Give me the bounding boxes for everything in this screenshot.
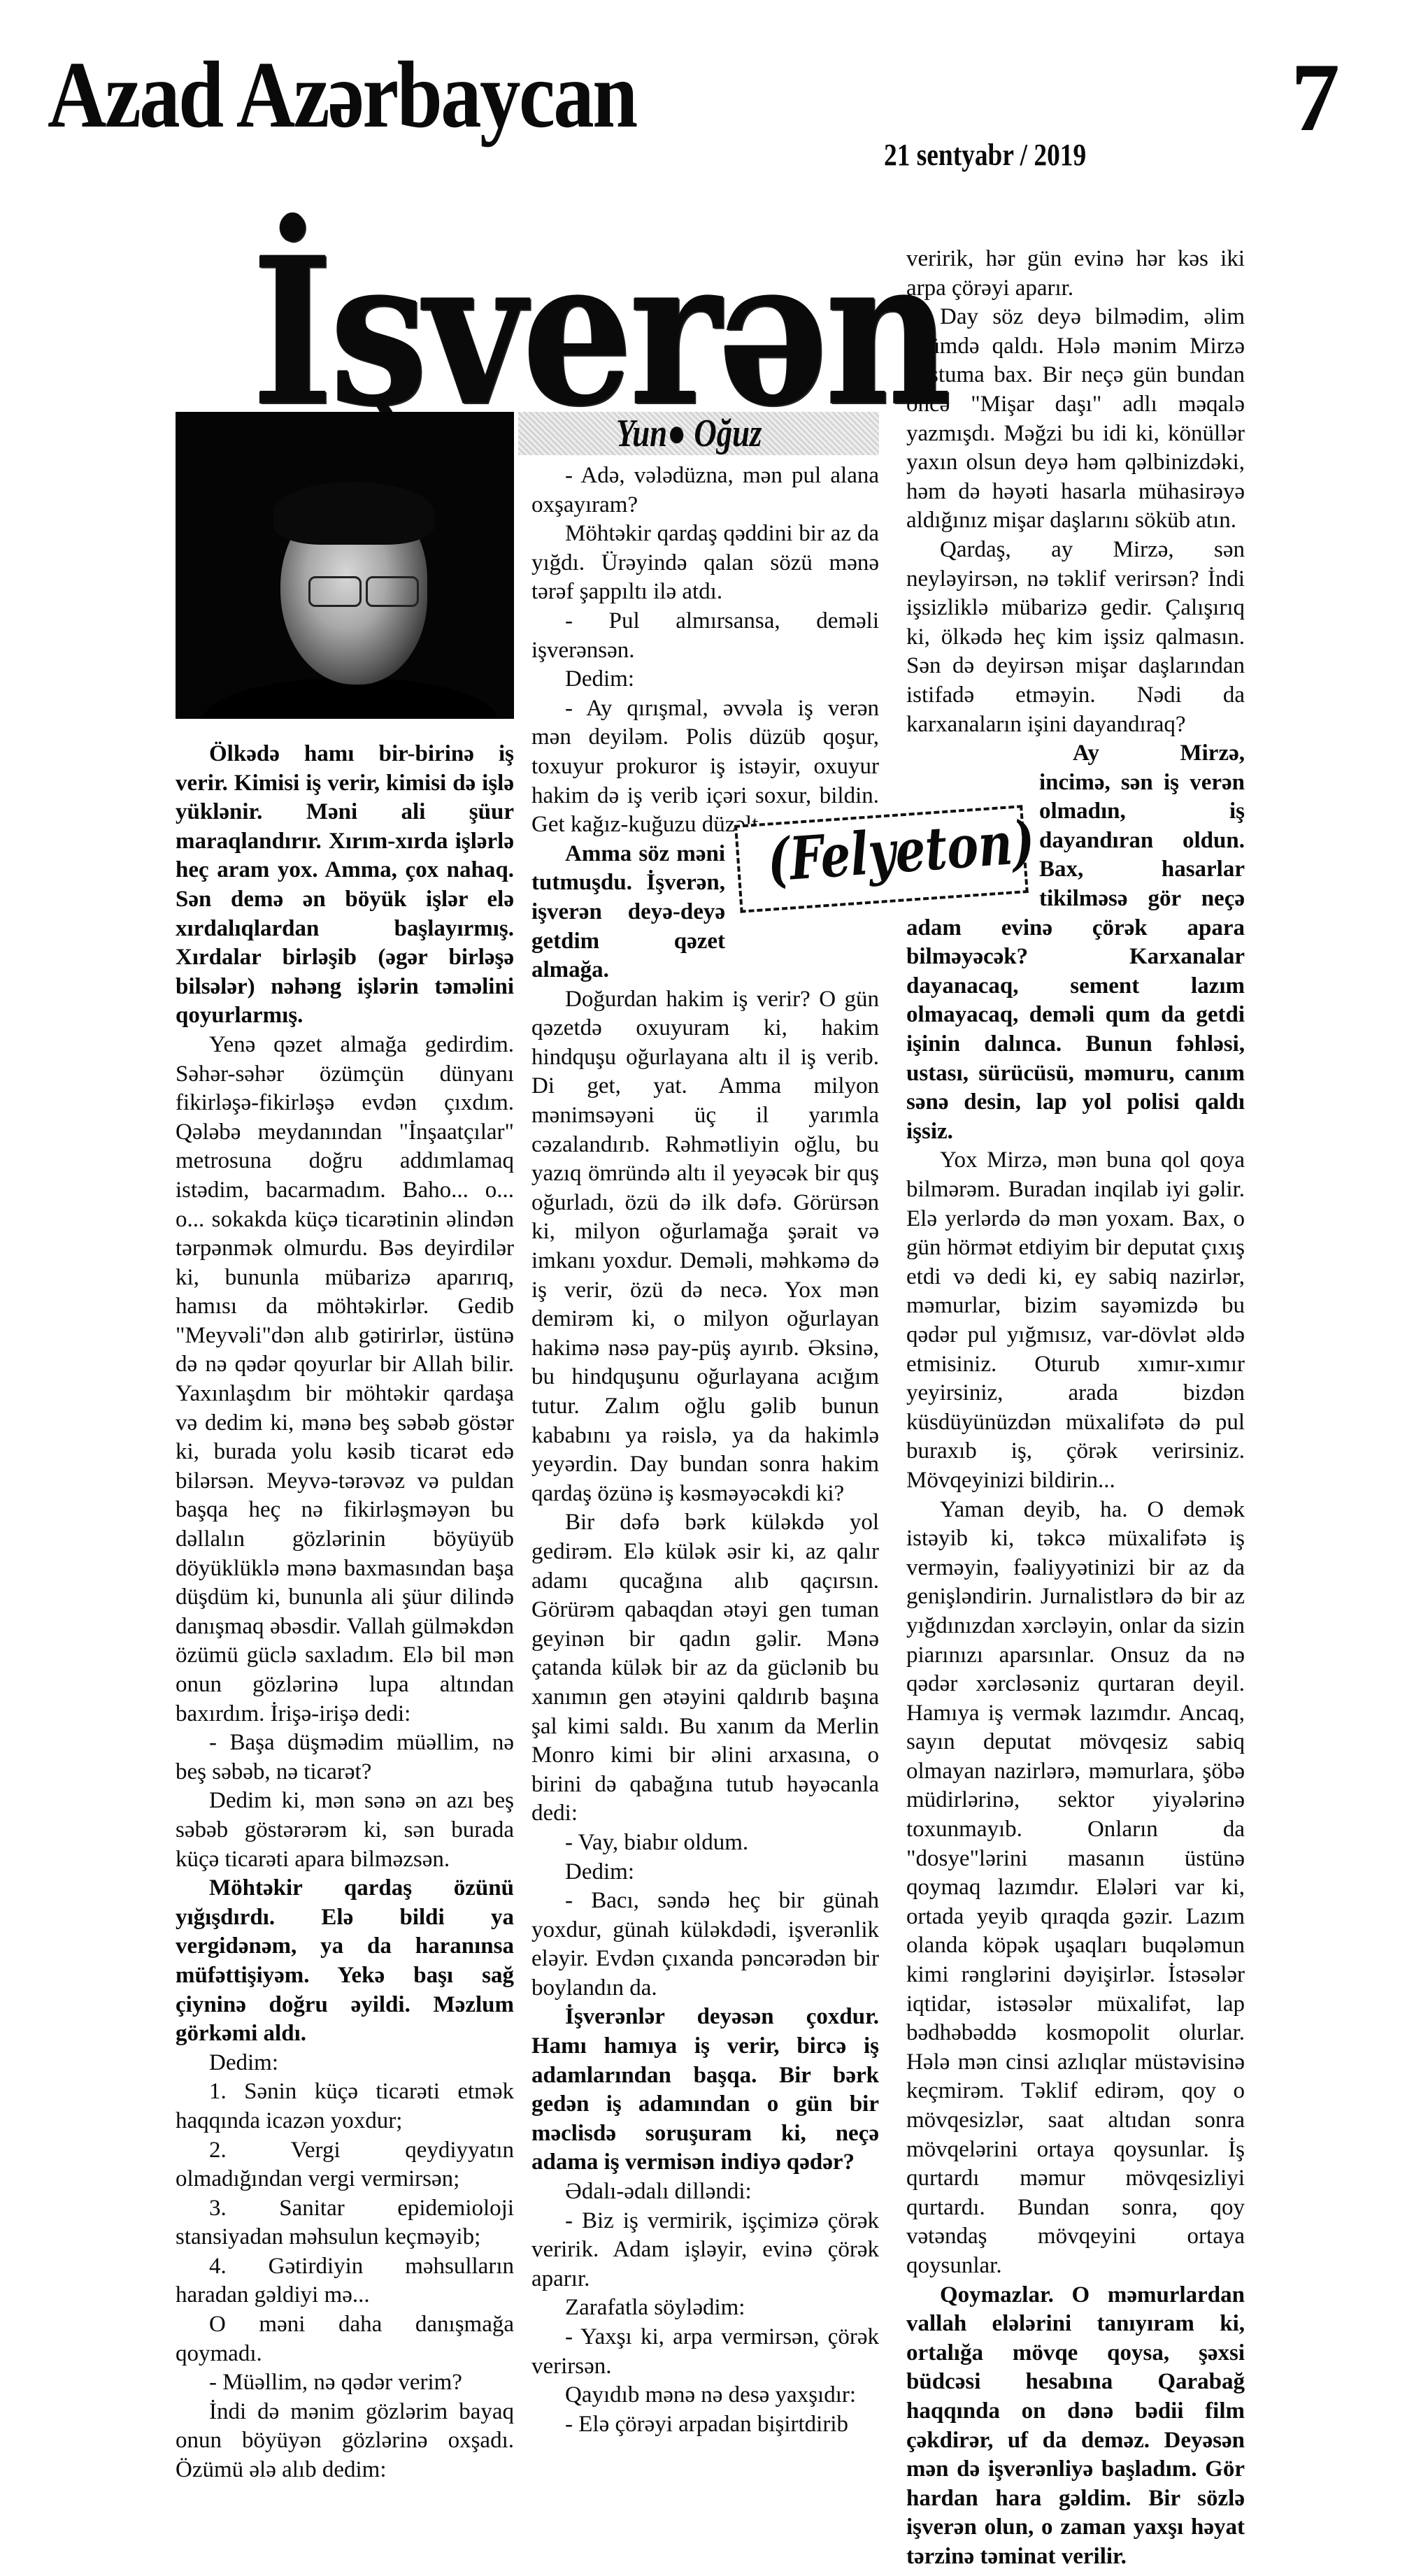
paragraph: - Bacı, səndə heç bir günah yoxdur, güna… (531, 1887, 879, 2003)
paragraph: - Pul almırsansa, deməli işverənsən. (531, 607, 879, 665)
paragraph: İndi də mənim gözlərim bayaq onun böyüyə… (176, 2398, 514, 2485)
author-byline: Yun● Oğuz (518, 412, 879, 455)
paragraph: Möhtəkir qardaş özünü yığışdırdı. Elə bi… (176, 1874, 514, 2049)
paragraph: - Başa düşmədim müəllim, nə beş səbəb, n… (176, 1729, 514, 1787)
author-photo (176, 412, 514, 719)
paragraph: Qardaş, ay Mirzə, sən neyləyirsən, nə tə… (906, 536, 1245, 739)
paragraph: Bir dəfə bərk küləkdə yol gedirəm. Elə k… (531, 1508, 879, 1829)
paragraph: - Vay, biabır oldum. (531, 1829, 879, 1858)
paragraph: - Elə çörəyi arpadan bişirtdirib (531, 2410, 879, 2440)
paragraph: Dedim: (531, 665, 879, 694)
paragraph: Yenə qəzet almağa gedirdim. Səhər-səhər … (176, 1031, 514, 1729)
paragraph: - Ay qırışmal, əvvəla iş verən mən deyil… (531, 694, 879, 840)
paragraph: İşverənlər deyəsən çoxdur. Hamı hamıya i… (531, 2003, 879, 2177)
list-item: 3. Sanitar epidemioloji stansiyadan məhs… (176, 2194, 514, 2252)
rubric-label: (Felyeton) (766, 813, 1036, 889)
lead-paragraph: Ölkədə hamı bir-birinə iş verir. Kimisi … (176, 740, 514, 1031)
paragraph: - Yaxşı ki, arpa vermirsən, çörək verirs… (531, 2323, 879, 2381)
paragraph: Dedim: (531, 1858, 879, 1887)
article-title: İşverən (252, 231, 948, 434)
paragraph: Day söz deyə bilmədim, əlim üzümdə qaldı… (906, 303, 1245, 536)
paragraph: Qayıdıb mənə nə desə yaxşıdır: (531, 2381, 879, 2410)
paragraph: Möhtəkir qardaş qəddini bir az da yığdı.… (531, 520, 879, 607)
paragraph: O məni daha danışmağa qoymadı. (176, 2310, 514, 2368)
glasses-left-icon (308, 576, 362, 607)
paragraph: - Adə, vələdüzna, mən pul alana oxşayıra… (531, 461, 879, 520)
issue-date: 21 sentyabr / 2019 (884, 140, 1086, 171)
photo-hair (273, 482, 434, 545)
article-column-right: veririk, hər gün evinə hər kəs iki arpa … (906, 245, 1245, 2572)
list-item: 2. Vergi qeydiyyatın olmadığından vergi … (176, 2136, 514, 2194)
paragraph: - Biz iş vermirik, işçimizə çörək veriri… (531, 2207, 879, 2294)
paragraph: Doğurdan hakim iş verir? O gün qəzetdə o… (531, 985, 879, 1509)
paragraph: Qoymazlar. O məmurlardan vallah elələrin… (906, 2281, 1245, 2572)
newspaper-masthead: Azad Azərbaycan (48, 48, 636, 143)
paragraph: Ədalı-ədalı dilləndi: (531, 2177, 879, 2207)
list-item: 1. Sənin küçə ticarəti etmək haqqında ic… (176, 2077, 514, 2135)
paragraph: - Müəllim, nə qədər verim? (176, 2368, 514, 2398)
list-item: 4. Gətirdiyin məhsulların haradan gəldiy… (176, 2252, 514, 2310)
paragraph: Dedim: (176, 2049, 514, 2078)
paragraph: Zarafatla söylədim: (531, 2294, 879, 2323)
paragraph: veririk, hər gün evinə hər kəs iki arpa … (906, 245, 1245, 303)
paragraph: Yox Mirzə, mən buna qol qoya bilmərəm. B… (906, 1146, 1245, 1495)
page-number: 7 (1291, 49, 1340, 147)
author-name: Yun● Oğuz (616, 413, 762, 454)
paragraph: Yaman deyib, ha. O demək istəyib ki, tək… (906, 1496, 1245, 2281)
article-column-left: Ölkədə hamı bir-birinə iş verir. Kimisi … (176, 740, 514, 2485)
glasses-right-icon (366, 576, 419, 607)
paragraph: Dedim ki, mən sənə ən azı beş səbəb göst… (176, 1787, 514, 1874)
article-column-middle: - Adə, vələdüzna, mən pul alana oxşayıra… (531, 461, 879, 2439)
